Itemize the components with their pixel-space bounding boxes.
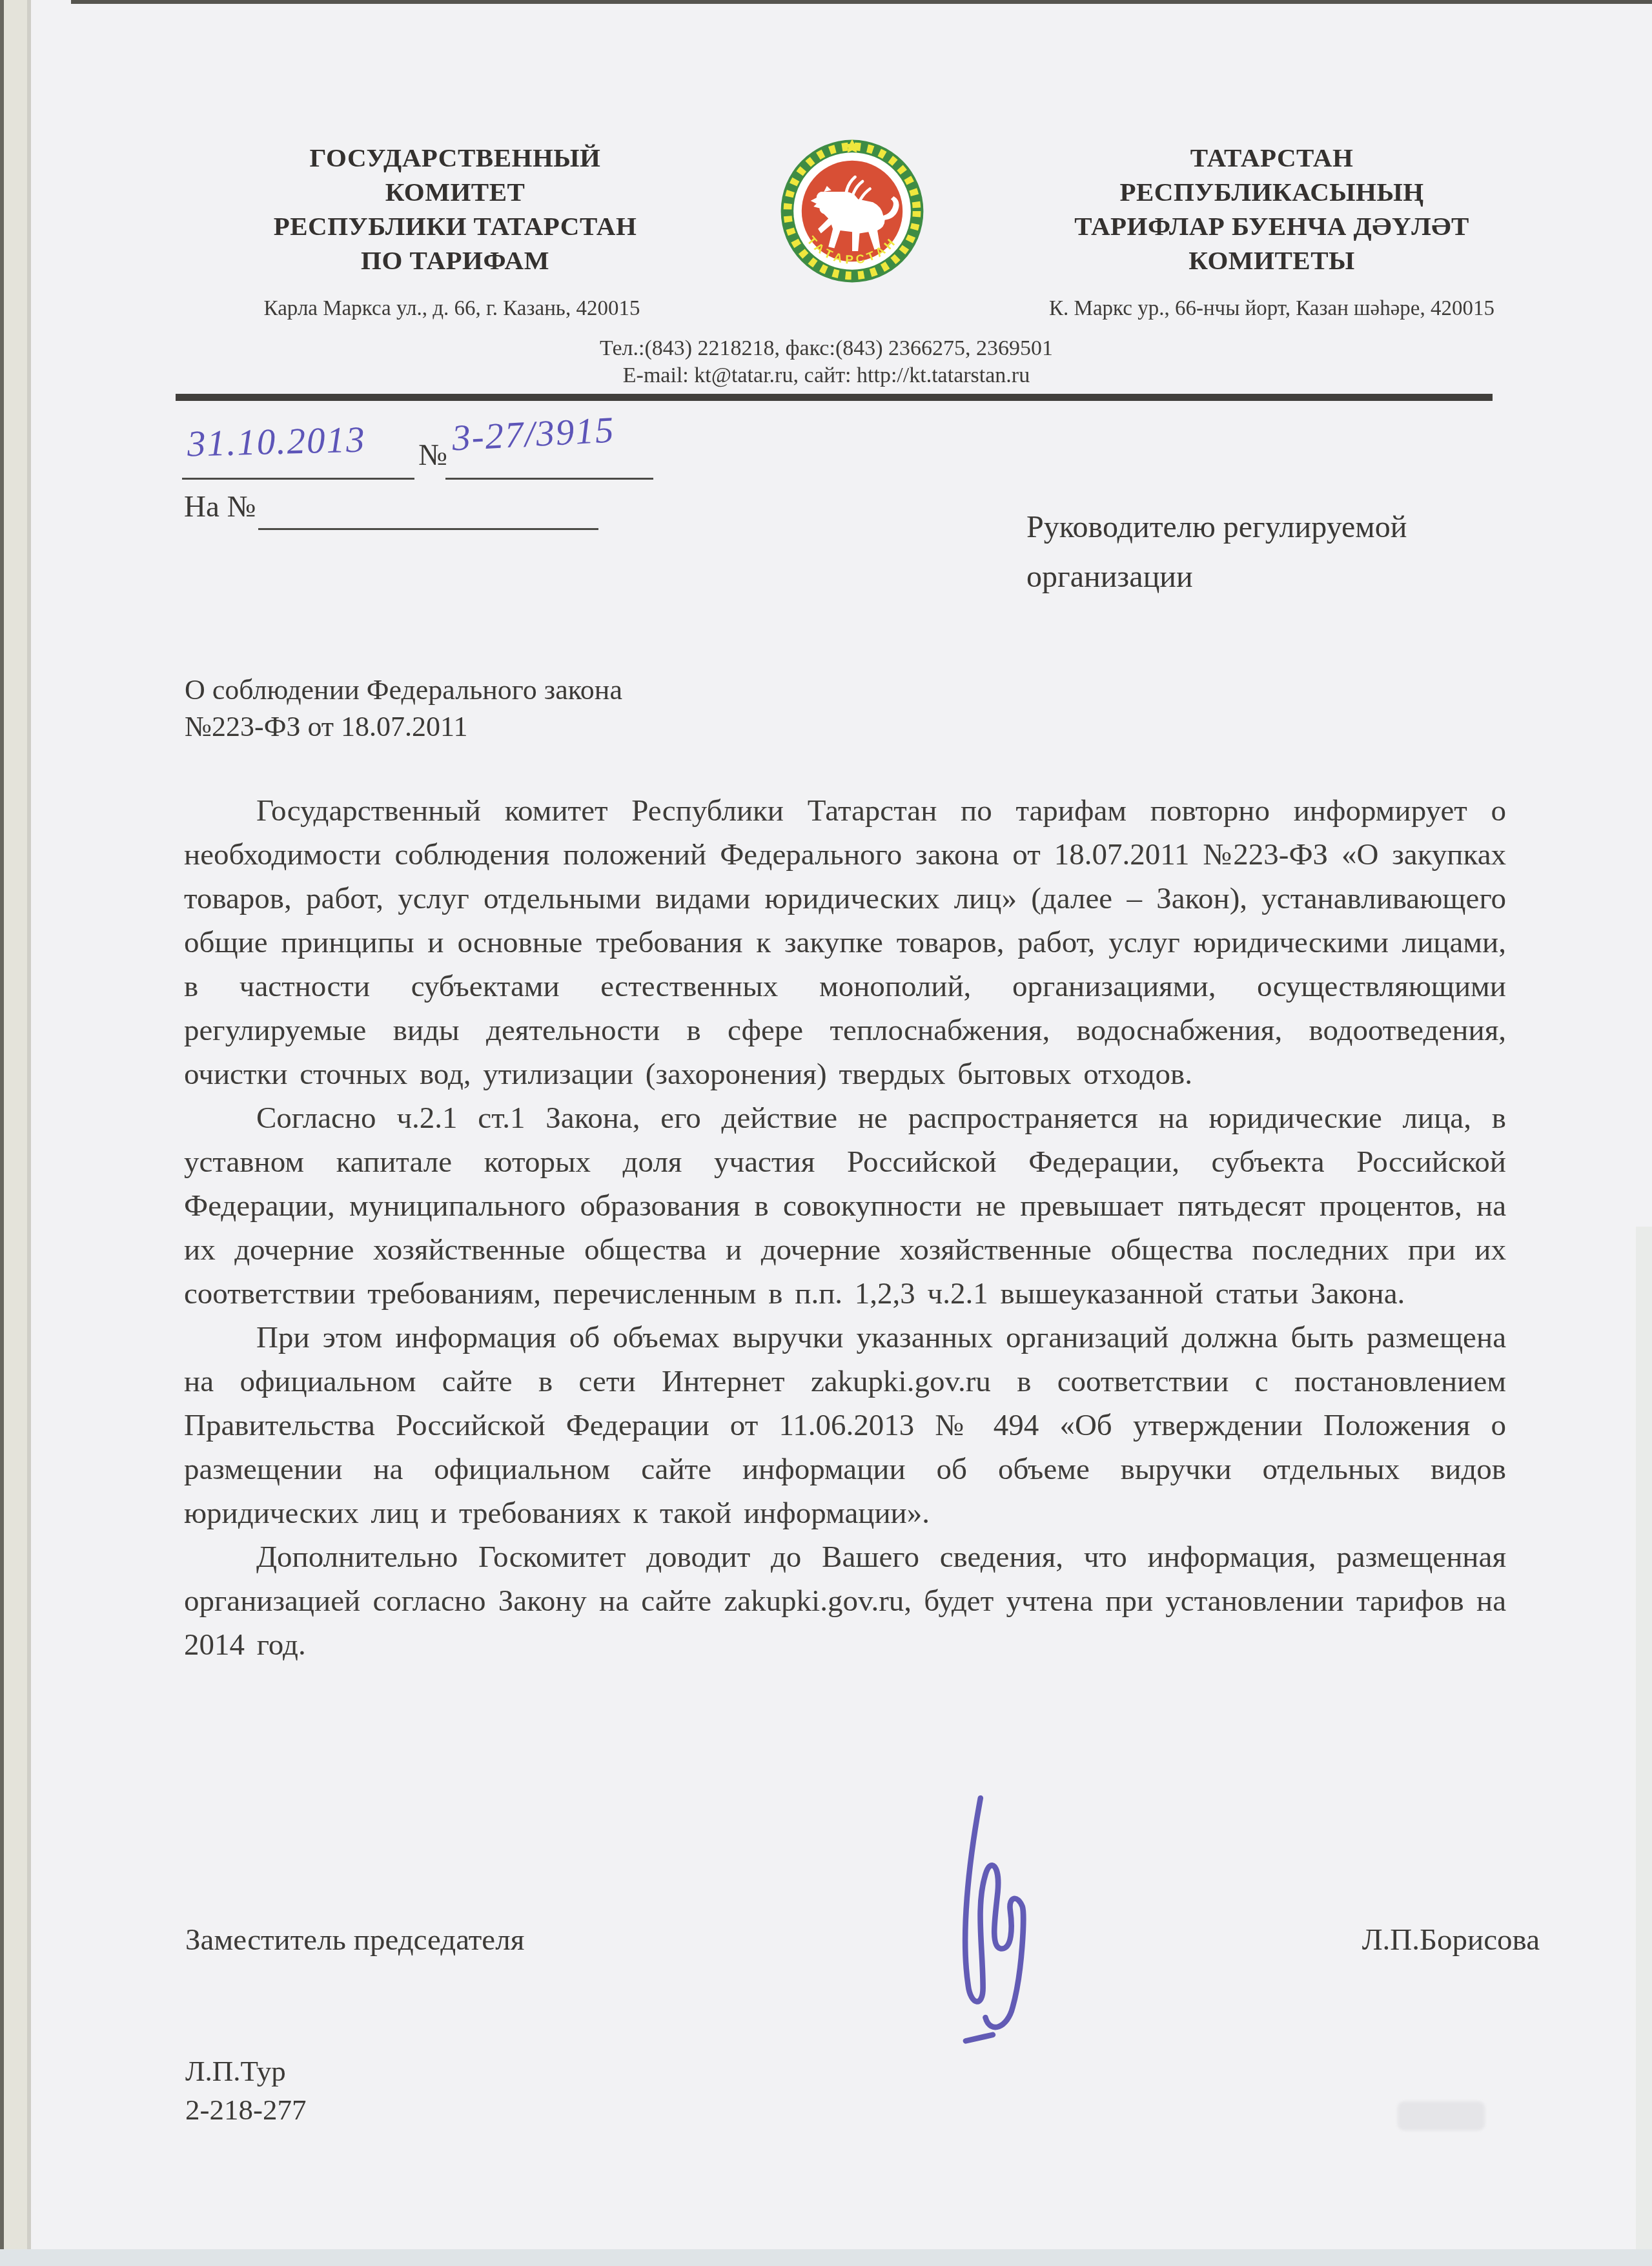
tatarstan-coat-of-arms: ТАТАРСТАН <box>778 137 926 285</box>
address-russian: Карла Маркса ул., д. 66, г. Казань, 4200… <box>129 296 775 322</box>
scan-right-edge-strip <box>1636 1227 1652 2266</box>
number-sign: № <box>418 438 447 473</box>
org-name-line: РЕСПУБЛИКАСЫНЫҢ <box>962 175 1582 209</box>
emblem-graphic: ТАТАРСТАН <box>778 137 926 285</box>
letter-body: Государственный комитет Республики Татар… <box>184 789 1506 1667</box>
executor-name: Л.П.Тур <box>185 2052 306 2090</box>
number-underline <box>445 478 653 480</box>
org-name-line: ТАТАРСТАН <box>962 141 1582 175</box>
scan-left-edge-strip <box>4 0 27 2266</box>
body-paragraph: Дополнительно Госкомитет доводит до Ваше… <box>184 1535 1506 1667</box>
org-name-line: ГОСУДАРСТВЕННЫЙ <box>148 141 762 175</box>
address-tatar: К. Маркс ур., 66-нчы йорт, Казан шәһәре,… <box>943 296 1601 322</box>
signature-ink <box>894 1788 1062 2063</box>
org-name-line: ПО ТАРИФАМ <box>148 243 762 278</box>
signer-position-title: Заместитель председателя <box>185 1923 524 1957</box>
signer-name: Л.П.Борисова <box>1317 1923 1540 1957</box>
phone-fax-line: Тел.:(843) 2218218, факс:(843) 2366275, … <box>148 335 1504 362</box>
scan-left-edge-shadow <box>27 0 31 2266</box>
scan-top-edge <box>71 0 1652 4</box>
subject-line: №223-ФЗ от 18.07.2011 <box>185 708 895 745</box>
body-paragraph: Согласно ч.2.1 ст.1 Закона, его действие… <box>184 1096 1506 1316</box>
body-paragraph: При этом информация об объемах выручки у… <box>184 1316 1506 1535</box>
addressee-line: организации <box>1026 552 1556 602</box>
subject-block: О соблюдении Федерального закона №223-ФЗ… <box>185 671 895 745</box>
org-name-line: КОМИТЕТ <box>148 175 762 209</box>
handwritten-date: 31.10.2013 <box>187 418 366 465</box>
email-site-line: E-mail: kt@tatar.ru, сайт: http://kt.tat… <box>148 362 1504 389</box>
executor-block: Л.П.Тур 2-218-277 <box>185 2052 306 2129</box>
subject-line: О соблюдении Федерального закона <box>185 671 895 708</box>
handwritten-outgoing-number: 3-27/3915 <box>451 409 615 459</box>
org-name-tatar: ТАТАРСТАН РЕСПУБЛИКАСЫНЫҢ ТАРИФЛАР БУЕНЧ… <box>962 141 1582 278</box>
scanned-letter-page: { "colors": { "paper": "#f2f2f4", "ink_b… <box>0 0 1652 2266</box>
date-underline <box>182 478 414 480</box>
scan-smudge <box>1398 2101 1485 2130</box>
org-name-line: КОМИТЕТЫ <box>962 243 1582 278</box>
org-name-line: РЕСПУБЛИКИ ТАТАРСТАН <box>148 209 762 243</box>
addressee-block: Руководителю регулируемой организации <box>1026 502 1556 602</box>
body-paragraph: Государственный комитет Республики Татар… <box>184 789 1506 1096</box>
letterhead-divider-rule <box>176 394 1493 401</box>
scan-bottom-edge-strip <box>0 2249 1652 2266</box>
org-name-russian: ГОСУДАРСТВЕННЫЙ КОМИТЕТ РЕСПУБЛИКИ ТАТАР… <box>148 141 762 278</box>
org-name-line: ТАРИФЛАР БУЕНЧА ДӘҮЛӘТ <box>962 209 1582 243</box>
executor-phone: 2-218-277 <box>185 2090 306 2129</box>
reply-number-underline <box>258 528 598 530</box>
addressee-line: Руководителю регулируемой <box>1026 502 1556 552</box>
reply-to-label: На № <box>184 489 256 524</box>
